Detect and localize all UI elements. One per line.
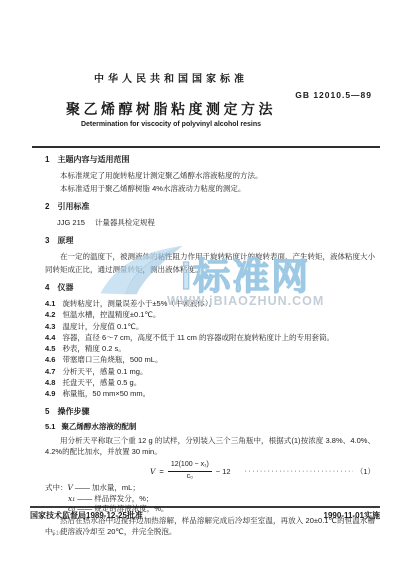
apparatus-item: 4.4容器，直径 6～7 cm，高度不低于 11 cm 的容器或附在旋转粘度计上…: [45, 332, 375, 343]
apparatus-item: 4.9称量瓶，50 mm×50 mm。: [45, 388, 375, 399]
standard-document-page: 中华人民共和国国家标准 GB 12010.5—89 聚乙烯醇树脂粘度测定方法 D…: [0, 0, 400, 567]
section-title: 仪器: [57, 283, 73, 292]
header-divider: [32, 146, 380, 148]
definition-text: 样品挥发分，%；: [94, 494, 153, 503]
item-number: 4.4: [45, 333, 55, 342]
apparatus-item: 4.5秒表，精度 0.2 s。: [45, 343, 375, 354]
section-4-heading: 4仪器: [45, 283, 375, 293]
item-number: 4.3: [45, 322, 55, 331]
subsection-number: 5.1: [45, 422, 55, 431]
item-number: 4.6: [45, 355, 55, 364]
section-title: 操作步骤: [57, 407, 89, 416]
symbol: x₁: [68, 494, 75, 503]
formula-lhs: V: [150, 467, 155, 476]
dash: ——: [75, 483, 90, 492]
item-number: 4.8: [45, 378, 55, 387]
section-number: 4: [45, 283, 49, 292]
paragraph: 本标准规定了用旋转粘度计测定聚乙烯醇水溶液粘度的方法。: [45, 170, 375, 183]
item-number: 4.2: [45, 310, 55, 319]
item-text: 旋转粘度计，测量误差小于±5%（牛顿液体）。: [62, 299, 216, 308]
subsection-5-1-heading: 5.1聚乙烯醇水溶液的配制: [45, 422, 375, 432]
section-title: 原理: [57, 236, 73, 245]
subsection-title: 聚乙烯醇水溶液的配制: [61, 422, 136, 431]
footer: 国家技术监督局1989-12-25批准 1990-11-01实施: [30, 510, 380, 521]
item-text: 称量瓶，50 mm×50 mm。: [62, 389, 150, 398]
referenced-standard: JJG 215计量器具检定规程: [57, 217, 375, 229]
item-text: 带塞磨口三角烧瓶，500 mL。: [62, 355, 162, 364]
item-number: 4.1: [45, 299, 55, 308]
apparatus-item: 4.1旋转粘度计，测量误差小于±5%（牛顿液体）。: [45, 298, 375, 309]
leader-dots: ········································…: [245, 468, 353, 475]
section-title: 引用标准: [57, 202, 89, 211]
apparatus-item: 4.7分析天平，感量 0.1 mg。: [45, 366, 375, 377]
formula-number: （1）: [356, 466, 375, 477]
item-number: 4.7: [45, 367, 55, 376]
document-body: 1主题内容与适用范围 本标准规定了用旋转粘度计测定聚乙烯醇水溶液粘度的方法。 本…: [45, 152, 375, 538]
section-number: 3: [45, 236, 49, 245]
formula-expression: V = 12(100 − x₁) c₀ − 12: [150, 461, 231, 481]
item-text: 分析天平，感量 0.1 mg。: [62, 367, 147, 376]
item-text: 温度计，分度值 0.1℃。: [62, 322, 143, 331]
apparatus-item: 4.8托盘天平，感量 0.5 g。: [45, 377, 375, 388]
paragraph: 本标准适用于聚乙烯醇树脂 4%水溶液动力粘度的测定。: [45, 183, 375, 196]
apparatus-item: 4.3温度计，分度值 0.1℃。: [45, 321, 375, 332]
section-number: 1: [45, 155, 49, 164]
item-text: 托盘天平，感量 0.5 g。: [62, 378, 141, 387]
implementation-date: 1990-11-01实施: [324, 510, 380, 521]
item-text: 恒温水槽，控温精度±0.1℃。: [62, 310, 160, 319]
symbol: V: [68, 483, 73, 492]
section-3-heading: 3原理: [45, 236, 375, 246]
approval-authority-date: 国家技术监督局1989-12-25批准: [30, 510, 143, 521]
section-1-heading: 1主题内容与适用范围: [45, 155, 375, 165]
fraction-denominator: c₀: [168, 472, 212, 482]
fraction: 12(100 − x₁) c₀: [168, 461, 212, 481]
item-number: 4.5: [45, 344, 55, 353]
formula-1: V = 12(100 − x₁) c₀ − 12 ···············…: [45, 461, 375, 481]
fraction-numerator: 12(100 − x₁): [168, 461, 212, 472]
item-text: 秒表，精度 0.2 s。: [62, 344, 125, 353]
apparatus-item: 4.6带塞磨口三角烧瓶，500 mL。: [45, 354, 375, 365]
procedure-paragraph: 用分析天平称取三个重 12 g 的试样，分别装入三个三角瓶中，根据式(1)按浓度…: [45, 435, 375, 458]
formula-tail: − 12: [216, 467, 231, 476]
where-label: 式中：: [45, 483, 68, 492]
document-title-chinese: 聚乙烯醇树脂粘度测定方法: [30, 99, 312, 119]
item-text: 容器，直径 6～7 cm，高度不低于 11 cm 的容器或附在旋转粘度计上的专用…: [62, 333, 334, 342]
apparatus-item: 4.2恒温水槽，控温精度±0.1℃。: [45, 309, 375, 320]
section-2-heading: 2引用标准: [45, 202, 375, 212]
section-5-heading: 5操作步骤: [45, 407, 375, 417]
section-title: 主题内容与适用范围: [57, 155, 129, 164]
page-number: · 516: [48, 530, 63, 537]
document-title-english: Determination for viscocity of polyvinyl…: [30, 121, 312, 128]
reference-title: 计量器具检定规程: [95, 218, 155, 227]
section-number: 2: [45, 202, 49, 211]
definition-text: 加水量，mL；: [92, 483, 140, 492]
section-number: 5: [45, 407, 49, 416]
equals-sign: =: [159, 467, 163, 476]
dash: ——: [77, 494, 92, 503]
definition-line: 式中：V——加水量，mL；: [45, 483, 375, 493]
principle-paragraph: 在一定的温度下，被测液体的粘性阻力作用于旋转粘度计的旋转表面，产生转矩，液体粘度…: [45, 251, 375, 276]
reference-code: JJG 215: [57, 218, 85, 227]
definition-line: x₁——样品挥发分，%；: [68, 494, 375, 504]
national-standard-label: 中华人民共和国国家标准: [30, 70, 312, 85]
item-number: 4.9: [45, 389, 55, 398]
